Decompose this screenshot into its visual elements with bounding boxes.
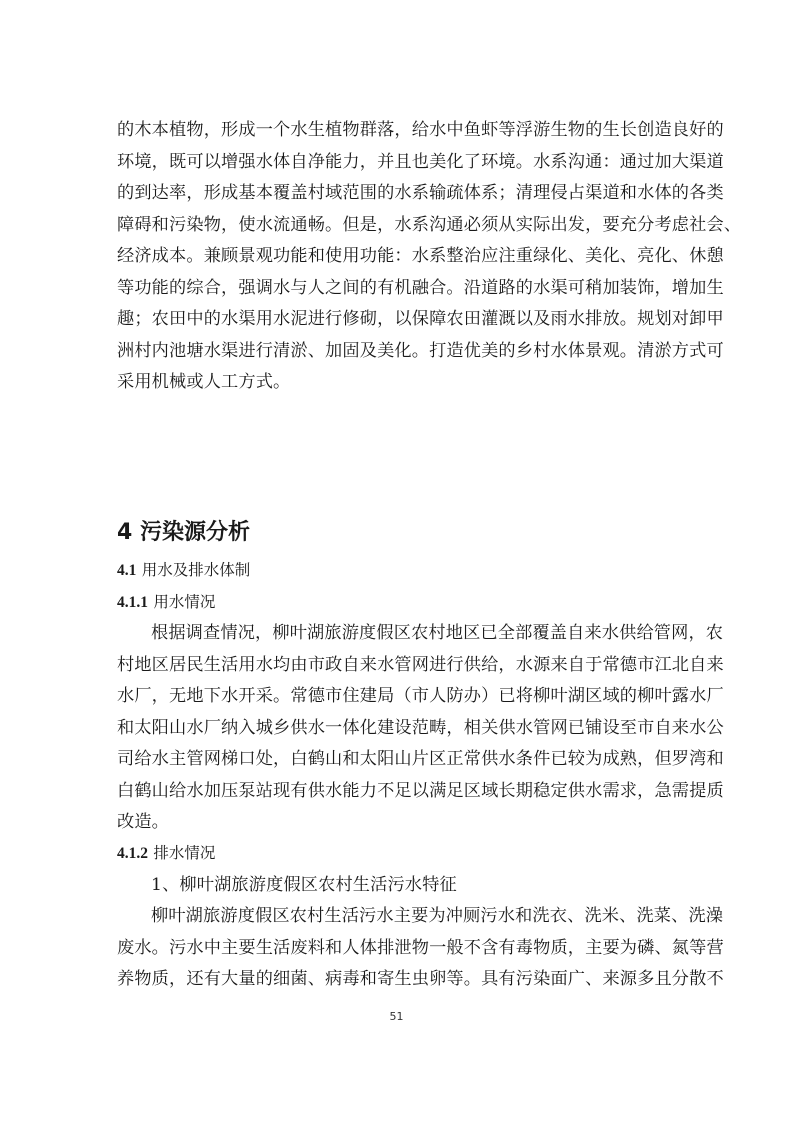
paragraph-line: 改造。	[117, 811, 677, 833]
section-title: 用水情况	[153, 593, 215, 611]
paragraph-line: 等功能的综合，强调水与人之间的有机融合。沿道路的水渠可稍加装饰，增加生	[117, 277, 677, 299]
section-title: 排水情况	[153, 844, 215, 862]
chapter-title: 污染源分析	[140, 520, 250, 545]
paragraph-line: 废水。污水中主要生活废料和人体排泄物一般不含有毒物质，主要为磷、氮等营	[117, 937, 677, 959]
subheading: 1、柳叶湖旅游度假区农村生活污水特征	[151, 874, 677, 896]
paragraph-line: 的木本植物，形成一个水生植物群落，给水中鱼虾等浮游生物的生长创造良好的	[117, 119, 677, 141]
paragraph-line: 趣；农田中的水渠用水泥进行修砌，以保障农田灌溉以及雨水排放。规划对卸甲	[117, 308, 677, 330]
section-number: 4.1.1	[117, 594, 148, 611]
paragraph-line: 障碍和污染物，使水流通畅。但是，水系沟通必须从实际出发，要充分考虑社会、	[117, 214, 677, 236]
chapter-number: 4	[117, 520, 132, 545]
paragraph-line: 柳叶湖旅游度假区农村生活污水主要为冲厕污水和洗衣、洗米、洗菜、洗澡	[151, 905, 677, 927]
paragraph-line: 和太阳山水厂纳入城乡供水一体化建设范畴，相关供水管网已铺设至市自来水公	[117, 717, 677, 739]
paragraph-line: 洲村内池塘水渠进行清淤、加固及美化。打造优美的乡村水体景观。清淤方式可	[117, 340, 677, 362]
section-heading-4-1-1: 4.1.1 用水情况	[117, 591, 215, 614]
section-heading-4-1: 4.1 用水及排水体制	[117, 559, 250, 582]
paragraph-line: 司给水主管网梯口处，白鹤山和太阳山片区正常供水条件已较为成熟，但罗湾和	[117, 748, 677, 770]
paragraph-line: 环境，既可以增强水体自净能力，并且也美化了环境。水系沟通：通过加大渠道	[117, 151, 677, 173]
chapter-heading: 4 污染源分析	[117, 519, 250, 547]
paragraph-line: 白鹤山给水加压泵站现有供水能力不足以满足区域长期稳定供水需求，急需提质	[117, 780, 677, 802]
paragraph-line: 的到达率，形成基本覆盖村域范围的水系输疏体系；清理侵占渠道和水体的各类	[117, 182, 677, 204]
section-number: 4.1	[117, 562, 136, 579]
section-title: 用水及排水体制	[142, 561, 251, 579]
document-page: 的木本植物，形成一个水生植物群落，给水中鱼虾等浮游生物的生长创造良好的 环境，既…	[0, 0, 793, 1122]
paragraph-line: 村地区居民生活用水均由市政自来水管网进行供给，水源来自于常德市江北自来	[117, 654, 677, 676]
page-number: 51	[0, 1010, 793, 1023]
paragraph-line: 养物质，还有大量的细菌、病毒和寄生虫卵等。具有污染面广、来源多且分散不	[117, 968, 677, 990]
paragraph-line: 采用机械或人工方式。	[117, 371, 677, 393]
paragraph-line: 根据调查情况，柳叶湖旅游度假区农村地区已全部覆盖自来水供给管网，农	[151, 622, 677, 644]
section-heading-4-1-2: 4.1.2 排水情况	[117, 842, 215, 865]
section-number: 4.1.2	[117, 845, 148, 862]
paragraph-line: 水厂，无地下水开采。常德市住建局（市人防办）已将柳叶湖区域的柳叶露水厂	[117, 685, 677, 707]
paragraph-line: 经济成本。兼顾景观功能和使用功能：水系整治应注重绿化、美化、亮化、休憩	[117, 245, 677, 267]
